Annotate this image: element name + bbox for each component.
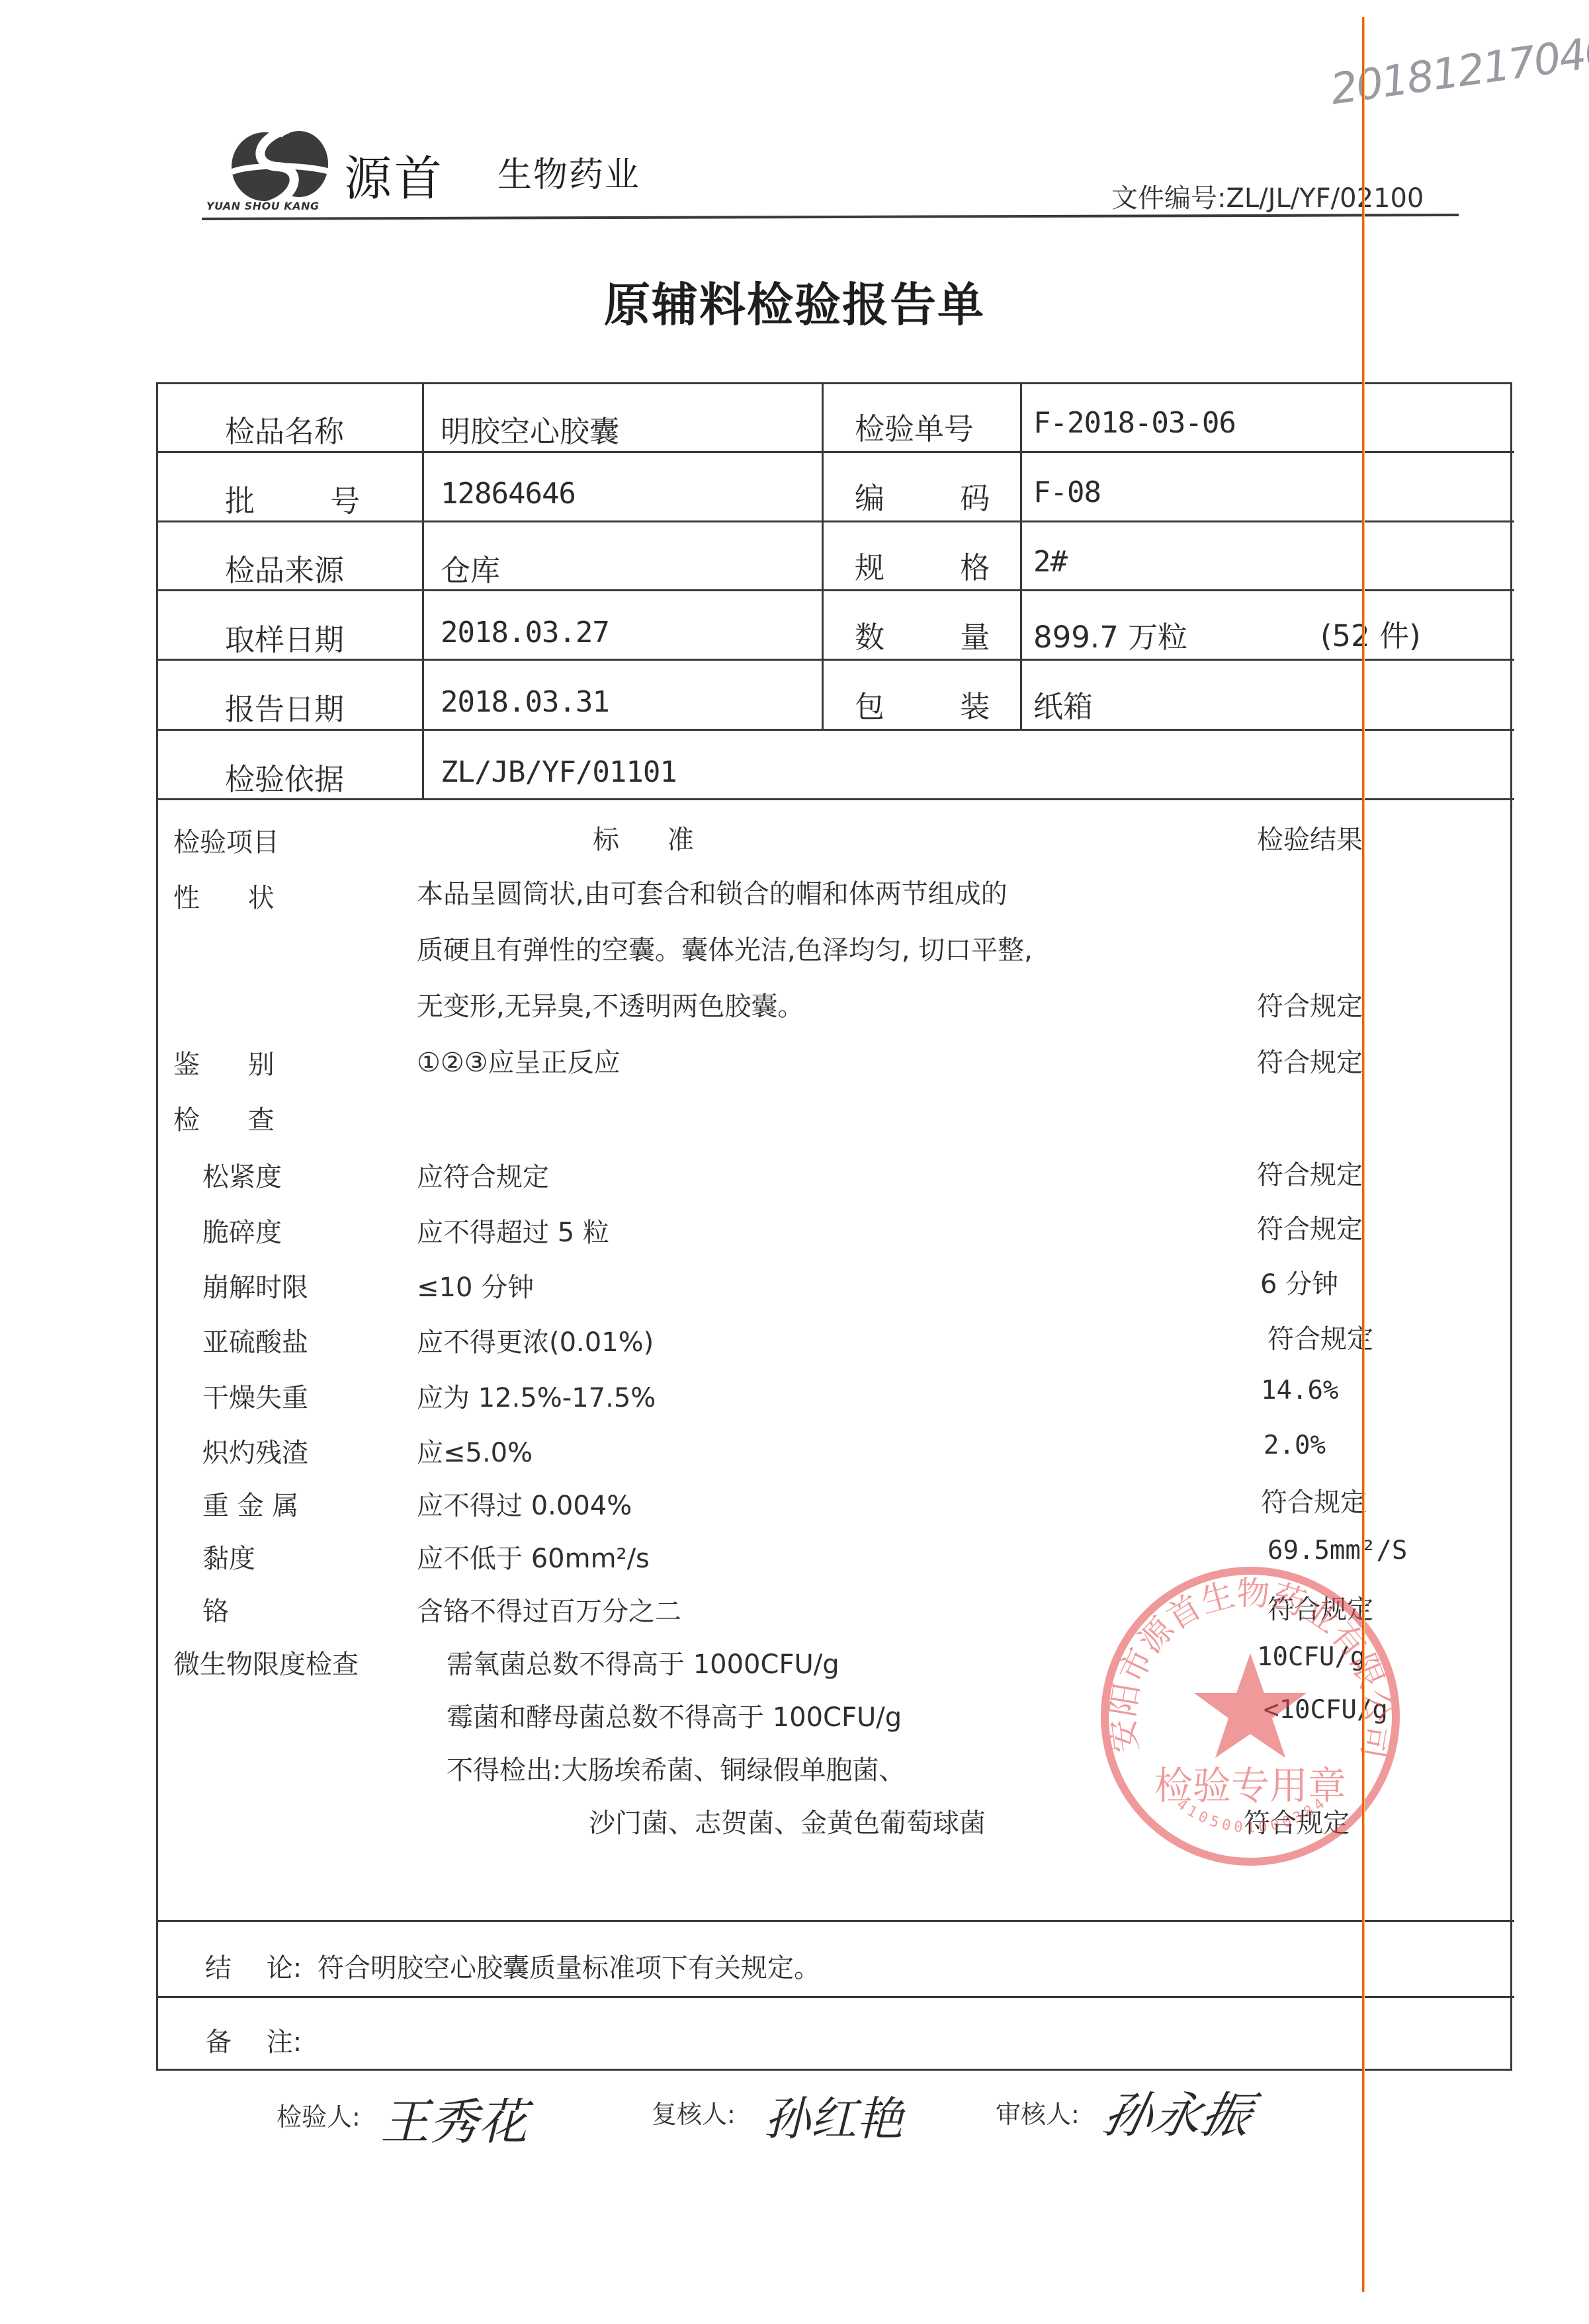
- company-logo-icon: [225, 126, 337, 208]
- item-appearance: 性 状: [173, 877, 275, 915]
- value-inspection-basis: ZL/JB/YF/01101: [441, 755, 677, 789]
- standard-chromium: 含铬不得过百万分之二: [417, 1591, 681, 1628]
- standard-microbial-pathogens-line1: 不得检出:大肠埃希菌、铜绿假单胞菌、: [447, 1749, 905, 1787]
- label-batch-number: 批 号: [225, 477, 360, 520]
- label-remarks: 备 注:: [205, 2021, 302, 2059]
- label-code: 编 码: [855, 474, 990, 517]
- label-reviewer: 复核人:: [652, 2094, 736, 2130]
- label-inspector: 检验人:: [277, 2096, 361, 2133]
- label-report-date: 报告日期: [225, 685, 344, 728]
- row-divider: [158, 1996, 1514, 1998]
- value-quantity: 899.7 万粒: [1033, 613, 1187, 656]
- value-inspection-number: F-2018-03-06: [1033, 406, 1236, 440]
- item-residue-on-ignition: 炽灼残渣: [202, 1432, 308, 1470]
- row-divider: [158, 1920, 1514, 1922]
- row-divider: [158, 729, 1514, 731]
- item-check-heading: 检 查: [173, 1099, 275, 1137]
- column-header-result: 检验结果: [1257, 819, 1363, 856]
- result-friability: 符合规定: [1257, 1208, 1363, 1246]
- result-appearance: 符合规定: [1257, 985, 1363, 1023]
- item-disintegration: 崩解时限: [202, 1266, 308, 1304]
- scan-margin-line: [1362, 17, 1364, 2292]
- standard-tightness: 应符合规定: [417, 1156, 549, 1194]
- value-conclusion: 符合明胶空心胶囊质量标准项下有关规定。: [318, 1947, 820, 1985]
- item-loss-on-drying: 干燥失重: [202, 1377, 308, 1415]
- brand-name: 源首: [344, 140, 445, 209]
- standard-loss-on-drying: 应为 12.5%-17.5%: [417, 1377, 656, 1415]
- label-quantity: 数 量: [855, 613, 990, 656]
- signature-inspector: 王秀花: [380, 2083, 527, 2153]
- standard-disintegration: ≤10 分钟: [417, 1266, 534, 1304]
- page-title: 原辅料检验报告单: [0, 268, 1589, 335]
- standard-residue-on-ignition: 应≤5.0%: [417, 1432, 533, 1470]
- standard-sulfite: 应不得更浓(0.01%): [417, 1321, 654, 1359]
- row-divider: [158, 659, 1514, 661]
- label-inspection-number: 检验单号: [855, 405, 974, 448]
- column-header-standard: 标 准: [593, 819, 694, 856]
- label-approver: 审核人:: [996, 2094, 1080, 2130]
- column-divider: [422, 384, 424, 798]
- value-code: F-08: [1033, 476, 1101, 509]
- label-conclusion: 结 论:: [205, 1947, 302, 1985]
- stamp-star-icon: [1194, 1653, 1307, 1758]
- value-sampling-date: 2018.03.27: [441, 616, 609, 649]
- column-divider: [822, 384, 824, 729]
- label-sampling-date: 取样日期: [225, 616, 344, 659]
- document-number: 文件编号:ZL/JL/YF/02100: [1111, 177, 1424, 215]
- result-identification: 符合规定: [1257, 1042, 1363, 1079]
- label-packaging: 包 装: [855, 683, 990, 726]
- value-specification: 2#: [1033, 545, 1067, 579]
- signature-approver: 孙永振: [1097, 2077, 1260, 2147]
- row-divider: [158, 520, 1514, 522]
- standard-microbial-pathogens-line2: 沙门菌、志贺菌、金黄色葡萄球菌: [589, 1802, 986, 1840]
- handwritten-serial-number: 20181217040: [1328, 27, 1589, 115]
- value-sample-source: 仓库: [441, 546, 500, 589]
- logo-caption: YUAN SHOU KANG: [206, 200, 320, 212]
- standard-identification: ①②③应呈正反应: [417, 1042, 621, 1079]
- signature-reviewer: 孙红艳: [764, 2082, 903, 2149]
- label-inspection-basis: 检验依据: [225, 755, 344, 798]
- item-heavy-metals: 重 金 属: [202, 1485, 298, 1522]
- value-sample-name: 明胶空心胶囊: [441, 407, 619, 450]
- result-sulfite: 符合规定: [1267, 1318, 1373, 1356]
- standard-microbial-mold: 霉菌和酵母菌总数不得高于 100CFU/g: [447, 1696, 902, 1734]
- item-identification: 鉴 别: [173, 1044, 275, 1081]
- value-batch-number: 12864646: [441, 477, 576, 511]
- item-viscosity: 黏度: [202, 1538, 255, 1575]
- item-tightness: 松紧度: [202, 1156, 282, 1194]
- standard-appearance-line3: 无变形,无异臭,不透明两色胶囊。: [417, 985, 804, 1023]
- header-divider: [202, 214, 1459, 220]
- result-loss-on-drying: 14.6%: [1261, 1376, 1338, 1405]
- standard-viscosity: 应不低于 60mm²/s: [417, 1538, 650, 1575]
- item-chromium: 铬: [202, 1591, 229, 1628]
- standard-appearance-line1: 本品呈圆筒状,由可套合和锁合的帽和体两节组成的: [417, 873, 1008, 911]
- item-sulfite: 亚硫酸盐: [202, 1321, 308, 1359]
- result-tightness: 符合规定: [1257, 1154, 1363, 1192]
- standard-friability: 应不得超过 5 粒: [417, 1212, 609, 1249]
- row-divider: [158, 798, 1514, 800]
- row-divider: [158, 451, 1514, 453]
- value-packaging: 纸箱: [1033, 683, 1093, 726]
- label-sample-name: 检品名称: [225, 407, 351, 450]
- column-divider: [1020, 384, 1022, 729]
- brand-suffix: 生物药业: [497, 147, 640, 196]
- row-divider: [158, 589, 1514, 591]
- item-microbial-limit: 微生物限度检查: [173, 1643, 359, 1681]
- result-disintegration: 6 分钟: [1260, 1263, 1338, 1301]
- standard-appearance-line2: 质硬且有弹性的空囊。囊体光洁,色泽均匀, 切口平整,: [417, 929, 1033, 967]
- result-residue-on-ignition: 2.0%: [1264, 1431, 1326, 1460]
- column-header-item: 检验项目: [173, 821, 279, 859]
- document-number-label: 文件编号:: [1111, 183, 1226, 214]
- value-quantity-packages: (52 件): [1320, 612, 1421, 655]
- document-number-value: ZL/JL/YF/02100: [1226, 183, 1424, 214]
- item-friability: 脆碎度: [202, 1212, 282, 1249]
- inspection-stamp: 安阳市源首生物药业有限公司 检验专用章 4105001000384: [1095, 1561, 1406, 1872]
- label-sample-source: 检品来源: [225, 546, 344, 589]
- standard-heavy-metals: 应不得过 0.004%: [417, 1485, 632, 1522]
- result-heavy-metals: 符合规定: [1261, 1481, 1367, 1519]
- value-report-date: 2018.03.31: [441, 685, 609, 719]
- label-specification: 规 格: [855, 544, 990, 587]
- standard-microbial-aerobic: 需氧菌总数不得高于 1000CFU/g: [447, 1643, 839, 1681]
